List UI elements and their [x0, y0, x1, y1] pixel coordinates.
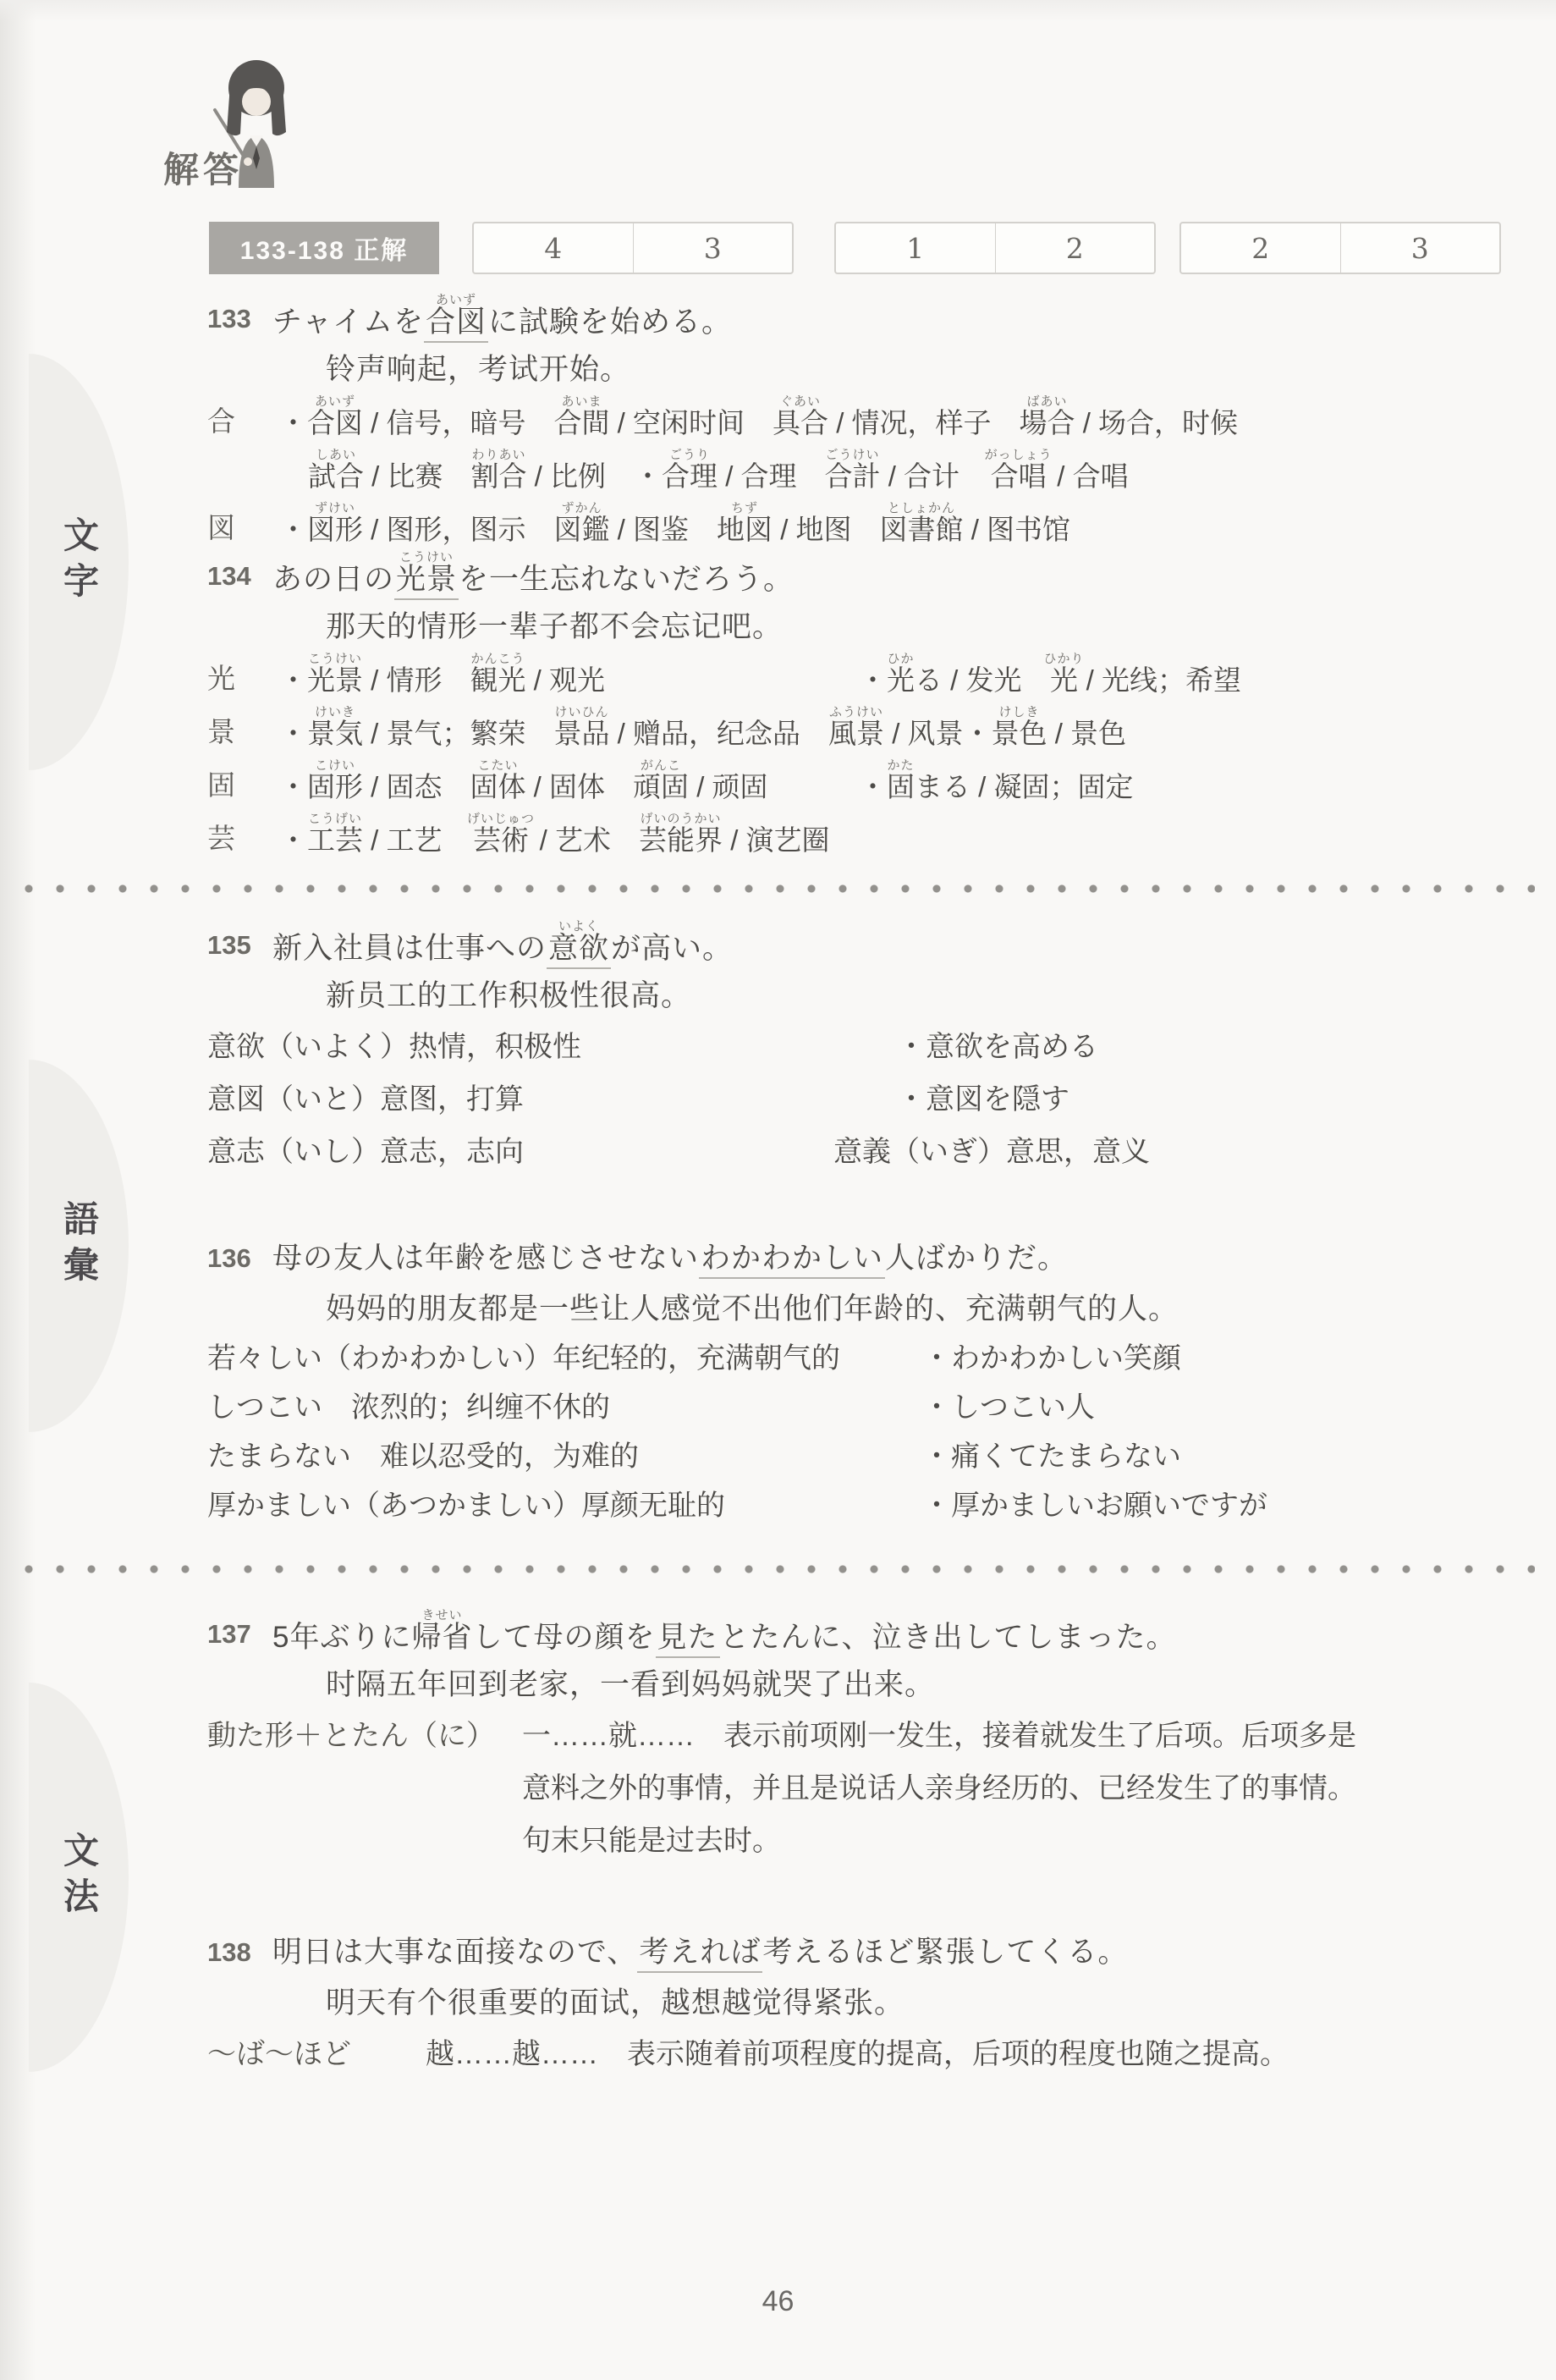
vocab-row: たまらない 难以忍受的，为难的 ・痛くてたまらない — [207, 1432, 1540, 1481]
answer-cell: 2 — [1181, 223, 1340, 273]
kanji-headword: 光 — [207, 652, 279, 705]
kanji-entry-row: 光 ・光景こうけい / 情形 観光かんこう / 观光 ・光ひかる / 发光 光ひ… — [207, 652, 1540, 705]
question-sentence-line: 135 新入社員は仕事への意欲いよくが高い。 — [207, 919, 1540, 972]
question-sentence-line: 134 あの日の光景こうけいを一生忘れないだろう。 — [207, 550, 1540, 603]
vocab-example: ・わかわかしい笑顔 — [922, 1334, 1181, 1383]
question-sentence-line: 138 明日は大事な面接なので、考えれば考えるほど緊張してくる。 — [207, 1926, 1540, 1979]
vocab-definition: 意欲（いよく）热情，积极性 — [207, 1021, 897, 1073]
answer-key-group: 2 3 — [1179, 222, 1501, 274]
dotted-section-divider — [24, 1564, 1535, 1574]
entry-words: ・図形ずけい / 图形，图示 図鑑ずかん / 图鉴 地図ちず / 地图 図書館と… — [279, 501, 1070, 554]
grammar-pattern: ～ば～ほど — [207, 2028, 426, 2080]
question-translation: 时隔五年回到老家，一看到妈妈就哭了出来。 — [326, 1661, 1540, 1710]
grammar-explanation-line: 越……越…… 表示随着前项程度的提高，后项的程度也随之提高。 — [426, 2028, 1289, 2080]
girl-with-pointer-illustration — [210, 51, 294, 195]
vocab-example: ・意欲を高める — [897, 1021, 1098, 1073]
question-number: 136 — [207, 1232, 272, 1285]
kanji-headword — [207, 448, 279, 501]
entry-words-right: ・景色けしき / 景色 — [964, 705, 1127, 758]
page-number: 46 — [0, 2285, 1556, 2318]
kanji-headword: 合 — [207, 394, 279, 448]
kanji-headword: 図 — [207, 501, 279, 554]
vocab-definition: たまらない 难以忍受的，为难的 — [207, 1432, 922, 1481]
question-translation: 妈妈的朋友都是一些让人感觉不出他们年龄的、充满朝气的人。 — [326, 1285, 1540, 1334]
vocab-example: 意義（いぎ）意思，意义 — [833, 1126, 1150, 1178]
question-sentence: 5年ぶりに帰省きせいして母の顔を見たとたんに、泣き出してしまった。 — [272, 1608, 1177, 1661]
question-134: 134 あの日の光景こうけいを一生忘れないだろう。 那天的情形一辈子都不会忘记吧… — [207, 550, 1540, 865]
side-tab-label: 文字 — [53, 516, 104, 608]
grammar-explanation-line: 意料之外的事情，并且是说话人亲身经历的、已经发生了的事情。 — [522, 1762, 1356, 1815]
entry-words-left: ・固形こけい / 固态 固体こたい / 固体 頑固がんこ / 顽固 — [279, 758, 859, 812]
vocab-row: 意志（いし）意志，志向 意義（いぎ）意思，意义 — [207, 1126, 1540, 1178]
side-tab-vocabulary: 語彙 — [29, 1060, 129, 1432]
grammar-explanation-row: 動た形＋とたん（に） 一……就…… 表示前项刚一发生，接着就发生了后项。后项多是… — [207, 1710, 1540, 1867]
vocab-example: ・意図を隠す — [897, 1073, 1069, 1126]
answer-cell: 1 — [836, 223, 995, 273]
question-translation: 新员工的工作积极性很高。 — [326, 972, 1540, 1021]
question-sentence: 明日は大事な面接なので、考えれば考えるほど緊張してくる。 — [272, 1926, 1128, 1979]
vocab-definition: 意図（いと）意图，打算 — [207, 1073, 897, 1126]
entry-words-left: ・工芸こうげい / 工艺 芸術げいじゅつ / 艺术 芸能界げいのうかい / 演艺… — [279, 812, 859, 865]
kanji-headword: 芸 — [207, 812, 279, 865]
vocab-definition: しつこい 浓烈的；纠缠不休的 — [207, 1383, 922, 1432]
answer-cell: 3 — [1340, 223, 1500, 273]
answer-cell: 2 — [995, 223, 1155, 273]
vocab-example: ・痛くてたまらない — [922, 1432, 1181, 1481]
grammar-explanation-row: ～ば～ほど 越……越…… 表示随着前项程度的提高，后项的程度也随之提高。 — [207, 2028, 1540, 2080]
entry-words: 試合しあい / 比赛 割合わりあい / 比例 ・合理ごうり / 合理 合計ごうけ… — [279, 448, 1129, 501]
answer-cell: 3 — [633, 223, 793, 273]
kanji-entry-row: 試合しあい / 比赛 割合わりあい / 比例 ・合理ごうり / 合理 合計ごうけ… — [207, 448, 1540, 501]
vocab-row: 意欲（いよく）热情，积极性 ・意欲を高める — [207, 1021, 1540, 1073]
kanji-entry-row: 景 ・景気けいき / 景气；繁荣 景品けいひん / 赠品，纪念品 風景ふうけい … — [207, 705, 1540, 758]
vocab-row: 若々しい（わかわかしい）年纪轻的，充满朝气的 ・わかわかしい笑顔 — [207, 1334, 1540, 1383]
question-sentence-line: 137 5年ぶりに帰省きせいして母の顔を見たとたんに、泣き出してしまった。 — [207, 1608, 1540, 1661]
vocab-row: 厚かましい（あつかましい）厚颜无耻的 ・厚かましいお願いですが — [207, 1481, 1540, 1530]
question-135: 135 新入社員は仕事への意欲いよくが高い。 新员工的工作积极性很高。 意欲（い… — [207, 919, 1540, 1178]
question-translation: 明天有个很重要的面试，越想越觉得紧张。 — [326, 1979, 1540, 2028]
kanji-headword: 固 — [207, 758, 279, 812]
question-138: 138 明日は大事な面接なので、考えれば考えるほど緊張してくる。 明天有个很重要… — [207, 1926, 1540, 2080]
question-136: 136 母の友人は年齢を感じさせないわかわかしい人ばかりだ。 妈妈的朋友都是一些… — [207, 1232, 1540, 1530]
question-translation: 那天的情形一辈子都不会忘记吧。 — [326, 603, 1540, 652]
question-translation: 铃声响起，考试开始。 — [326, 345, 1540, 394]
question-133: 133 チャイムを合図あいずに試験を始める。 铃声响起，考试开始。 合 ・合図あ… — [207, 293, 1540, 554]
vocab-row: 意図（いと）意图，打算 ・意図を隠す — [207, 1073, 1540, 1126]
answer-key-group: 4 3 — [472, 222, 794, 274]
side-tab-label: 語彙 — [53, 1200, 104, 1292]
question-sentence: チャイムを合図あいずに試験を始める。 — [272, 293, 732, 345]
side-tab-characters: 文字 — [29, 354, 129, 770]
answer-key-group: 1 2 — [834, 222, 1156, 274]
question-number: 137 — [207, 1608, 272, 1661]
answer-cell: 4 — [474, 223, 633, 273]
side-tab-grammar: 文法 — [29, 1683, 129, 2072]
vocab-row: しつこい 浓烈的；纠缠不休的 ・しつこい人 — [207, 1383, 1540, 1432]
question-sentence: 新入社員は仕事への意欲いよくが高い。 — [272, 919, 733, 972]
vocab-definition: 若々しい（わかわかしい）年纪轻的，充满朝气的 — [207, 1334, 922, 1383]
entry-words-left: ・景気けいき / 景气；繁荣 景品けいひん / 赠品，纪念品 風景ふうけい / … — [279, 705, 964, 758]
answer-key-label: 133-138 正解 — [209, 222, 439, 274]
question-number: 138 — [207, 1926, 272, 1979]
side-tab-label: 文法 — [53, 1832, 104, 1923]
scan-shadow-top — [0, 0, 1556, 22]
answer-key-row: 133-138 正解 4 3 1 2 2 3 — [209, 222, 1501, 274]
dotted-section-divider — [24, 884, 1535, 894]
entry-words-right: ・光ひかる / 发光 光ひかり / 光线；希望 — [859, 652, 1241, 705]
question-sentence-line: 133 チャイムを合図あいずに試験を始める。 — [207, 293, 1540, 345]
vocab-definition: 厚かましい（あつかましい）厚颜无耻的 — [207, 1481, 922, 1530]
question-number: 134 — [207, 550, 272, 603]
kanji-entry-row: 図 ・図形ずけい / 图形，图示 図鑑ずかん / 图鉴 地図ちず / 地图 図書… — [207, 501, 1540, 554]
grammar-pattern: 動た形＋とたん（に） — [207, 1710, 522, 1867]
kanji-entry-row: 芸 ・工芸こうげい / 工艺 芸術げいじゅつ / 艺术 芸能界げいのうかい / … — [207, 812, 1540, 865]
kanji-headword: 景 — [207, 705, 279, 758]
vocab-example: ・しつこい人 — [922, 1383, 1095, 1432]
grammar-explanation-line: 一……就…… 表示前项刚一发生，接着就发生了后项。后项多是 — [522, 1710, 1356, 1762]
vocab-definition: 意志（いし）意志，志向 — [207, 1126, 833, 1178]
grammar-explanation: 越……越…… 表示随着前项程度的提高，后项的程度也随之提高。 — [426, 2028, 1289, 2080]
question-number: 135 — [207, 919, 272, 972]
entry-words-right: ・固かたまる / 凝固；固定 — [859, 758, 1134, 812]
grammar-explanation-line: 句末只能是过去时。 — [522, 1815, 1356, 1867]
grammar-explanation: 一……就…… 表示前项刚一发生，接着就发生了后项。后项多是 意料之外的事情，并且… — [522, 1710, 1356, 1867]
question-137: 137 5年ぶりに帰省きせいして母の顔を見たとたんに、泣き出してしまった。 时隔… — [207, 1608, 1540, 1867]
question-number: 133 — [207, 293, 272, 345]
vocab-example: ・厚かましいお願いですが — [922, 1481, 1267, 1530]
entry-words-left: ・光景こうけい / 情形 観光かんこう / 观光 — [279, 652, 859, 705]
kanji-entry-row: 合 ・合図あいず / 信号，暗号 合間あいま / 空闲时间 具合ぐあい / 情况… — [207, 394, 1540, 448]
question-sentence: 母の友人は年齢を感じさせないわかわかしい人ばかりだ。 — [272, 1232, 1068, 1285]
question-sentence: あの日の光景こうけいを一生忘れないだろう。 — [272, 550, 794, 603]
question-sentence-line: 136 母の友人は年齢を感じさせないわかわかしい人ばかりだ。 — [207, 1232, 1540, 1285]
entry-words: ・合図あいず / 信号，暗号 合間あいま / 空闲时间 具合ぐあい / 情况，样… — [279, 394, 1238, 448]
kanji-entry-row: 固 ・固形こけい / 固态 固体こたい / 固体 頑固がんこ / 顽固 ・固かた… — [207, 758, 1540, 812]
